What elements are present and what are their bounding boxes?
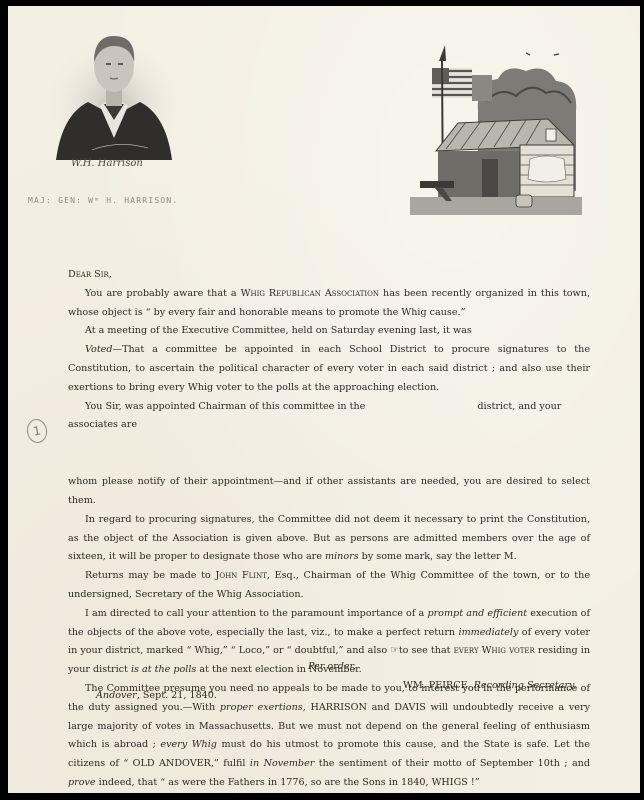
paragraph-association: You are probably aware that a Whig Repub…	[68, 285, 590, 323]
paragraph-voted: Voted—That a committee be appointed in e…	[68, 341, 590, 397]
signature-line: WM. PEIRCE, Recording Secretary.	[403, 680, 576, 691]
paragraph-meeting: At a meeting of the Executive Committee,…	[68, 322, 590, 341]
per-order: Per order,	[308, 661, 356, 672]
letter-page: W.H. Harrison MAJ: GEN: Wᵐ H. HARRISON.	[8, 6, 640, 793]
letter-body: Dear Sir, You are probably aware that a …	[68, 266, 590, 793]
pointing-hand-icon: ☞	[390, 645, 399, 656]
paragraph-notify: whom please notify of their appointment—…	[68, 473, 590, 511]
associates-blank	[68, 435, 590, 473]
portrait-caption: MAJ: GEN: Wᵐ H. HARRISON.	[28, 196, 178, 205]
log-cabin-engraving-icon	[406, 41, 586, 221]
salutation: Dear Sir,	[68, 266, 590, 285]
paragraph-signatures: In regard to procuring signatures, the C…	[68, 511, 590, 567]
portrait-signature: W.H. Harrison	[71, 158, 143, 169]
paragraph-appointment: You Sir, was appointed Chairman of this …	[68, 398, 590, 436]
bleed-through-handwriting	[307, 101, 315, 122]
place-date: Andover, Sept. 21, 1840.	[96, 690, 217, 701]
margin-note-circled-number: 1	[25, 417, 49, 444]
portrait-engraving-icon	[48, 20, 180, 170]
paragraph-returns: Returns may be made to John Flint, Esq.,…	[68, 567, 590, 605]
